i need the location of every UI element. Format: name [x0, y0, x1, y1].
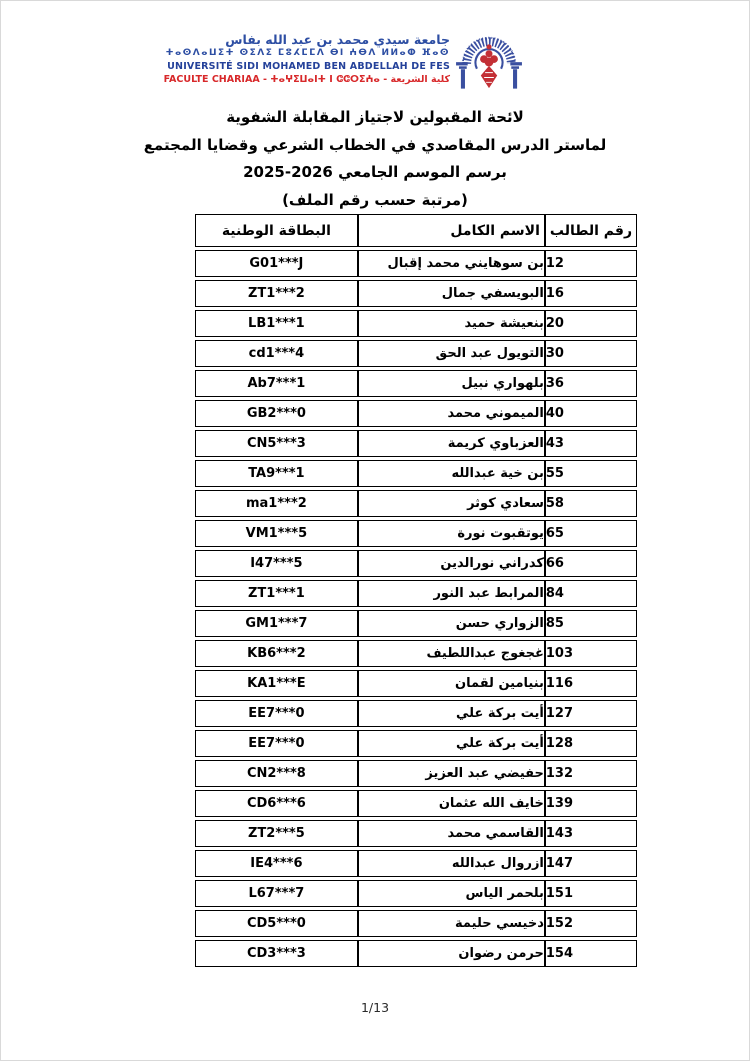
student-number-cell: 127 — [545, 700, 637, 727]
national-id-cell: IE4***6 — [195, 850, 358, 877]
table-row: 85 الزواري حسن GM1***7 — [195, 610, 637, 637]
full-name-cell: بن سوهايني محمد إقبال — [358, 250, 545, 277]
student-number-cell: 143 — [545, 820, 637, 847]
table-row: 36 بلهواري نبيل Ab7***1 — [195, 370, 637, 397]
national-id-cell: ma1***2 — [195, 490, 358, 517]
full-name-cell: سعادي كوثر — [358, 490, 545, 517]
national-id-cell: CN2***8 — [195, 760, 358, 787]
candidates-table: رقم الطالب الاسم الكامل البطاقة الوطنية … — [195, 211, 637, 970]
national-id-cell: L67***7 — [195, 880, 358, 907]
national-id-cell: CD6***6 — [195, 790, 358, 817]
title-line-season: برسم الموسم الجامعي 2026-2025 — [1, 159, 749, 187]
full-name-cell: الزواري حسن — [358, 610, 545, 637]
full-name-cell: القاسمي محمد — [358, 820, 545, 847]
full-name-cell: البويسفي جمال — [358, 280, 545, 307]
full-name-cell: حفيضي عبد العزيز — [358, 760, 545, 787]
full-name-cell: العزباوي كريمة — [358, 430, 545, 457]
national-id-cell: VM1***5 — [195, 520, 358, 547]
title-line-master: لماستر الدرس المقاصدي في الخطاب الشرعي و… — [1, 132, 749, 160]
letterhead-text: جامعة سيدي محمد بن عبد الله بفاس ⵜⴰⵙⴷⴰⵡⵉ… — [164, 30, 450, 87]
letterhead: جامعة سيدي محمد بن عبد الله بفاس ⵜⴰⵙⴷⴰⵡⵉ… — [164, 30, 523, 92]
candidates-table-container: رقم الطالب الاسم الكامل البطاقة الوطنية … — [195, 211, 637, 970]
full-name-cell: كدراني نورالدين — [358, 550, 545, 577]
student-number-cell: 20 — [545, 310, 637, 337]
col-header-national-id: البطاقة الوطنية — [195, 214, 358, 247]
student-number-cell: 128 — [545, 730, 637, 757]
national-id-cell: GB2***0 — [195, 400, 358, 427]
table-row: 143 القاسمي محمد ZT2***5 — [195, 820, 637, 847]
table-row: 16 البويسفي جمال ZT1***2 — [195, 280, 637, 307]
table-row: 58 سعادي كوثر ma1***2 — [195, 490, 637, 517]
student-number-cell: 55 — [545, 460, 637, 487]
national-id-cell: LB1***1 — [195, 310, 358, 337]
national-id-cell: cd1***4 — [195, 340, 358, 367]
national-id-cell: KB6***2 — [195, 640, 358, 667]
table-row: 43 العزباوي كريمة CN5***3 — [195, 430, 637, 457]
student-number-cell: 116 — [545, 670, 637, 697]
full-name-cell: التويول عبد الحق — [358, 340, 545, 367]
national-id-cell: TA9***1 — [195, 460, 358, 487]
student-number-cell: 84 — [545, 580, 637, 607]
national-id-cell: EE7***0 — [195, 730, 358, 757]
table-row: 84 المرابط عبد النور ZT1***1 — [195, 580, 637, 607]
student-number-cell: 36 — [545, 370, 637, 397]
student-number-cell: 154 — [545, 940, 637, 967]
table-row: 154 حرمن رضوان CD3***3 — [195, 940, 637, 967]
table-row: 116 بنيامين لقمان KA1***E — [195, 670, 637, 697]
national-id-cell: Ab7***1 — [195, 370, 358, 397]
table-row: 139 خايف الله عثمان CD6***6 — [195, 790, 637, 817]
national-id-cell: ZT2***5 — [195, 820, 358, 847]
university-name-tifinagh: ⵜⴰⵙⴷⴰⵡⵉⵜ ⵙⵉⴷⵉ ⵎⵓⵃⵎⵎⴷ ⴱⵏ ⵄⴱⴷ ⵍⵍⴰⵀ ⴼⴰⵙ — [164, 47, 450, 60]
document-page: { "header": { "university_ar": "جامعة سي… — [0, 0, 750, 1061]
table-row: 30 التويول عبد الحق cd1***4 — [195, 340, 637, 367]
full-name-cell: بن خية عبدالله — [358, 460, 545, 487]
full-name-cell: أيت بركة علي — [358, 700, 545, 727]
student-number-cell: 43 — [545, 430, 637, 457]
document-title-block: لائحة المقبولين لاجتياز المقابلة الشفوية… — [1, 104, 749, 214]
student-number-cell: 65 — [545, 520, 637, 547]
table-row: 152 دخيسي حليمة CD5***0 — [195, 910, 637, 937]
national-id-cell: CD5***0 — [195, 910, 358, 937]
national-id-cell: G01***J — [195, 250, 358, 277]
table-row: 103 غجغوج عبداللطيف KB6***2 — [195, 640, 637, 667]
student-number-cell: 139 — [545, 790, 637, 817]
full-name-cell: ازروال عبدالله — [358, 850, 545, 877]
student-number-cell: 12 — [545, 250, 637, 277]
page-number: 1/13 — [1, 1000, 749, 1015]
student-number-cell: 151 — [545, 880, 637, 907]
national-id-cell: GM1***7 — [195, 610, 358, 637]
national-id-cell: CD3***3 — [195, 940, 358, 967]
title-line-list: لائحة المقبولين لاجتياز المقابلة الشفوية — [1, 104, 749, 132]
full-name-cell: الميموني محمد — [358, 400, 545, 427]
full-name-cell: بنيامين لقمان — [358, 670, 545, 697]
full-name-cell: بلهواري نبيل — [358, 370, 545, 397]
student-number-cell: 85 — [545, 610, 637, 637]
university-logo-icon — [455, 30, 523, 92]
student-number-cell: 147 — [545, 850, 637, 877]
full-name-cell: غجغوج عبداللطيف — [358, 640, 545, 667]
table-row: 66 كدراني نورالدين I47***5 — [195, 550, 637, 577]
national-id-cell: ZT1***2 — [195, 280, 358, 307]
full-name-cell: بنعيشة حميد — [358, 310, 545, 337]
national-id-cell: KA1***E — [195, 670, 358, 697]
national-id-cell: I47***5 — [195, 550, 358, 577]
student-number-cell: 66 — [545, 550, 637, 577]
student-number-cell: 103 — [545, 640, 637, 667]
student-number-cell: 16 — [545, 280, 637, 307]
full-name-cell: بلحمر الياس — [358, 880, 545, 907]
table-row: 12 بن سوهايني محمد إقبال G01***J — [195, 250, 637, 277]
student-number-cell: 152 — [545, 910, 637, 937]
national-id-cell: CN5***3 — [195, 430, 358, 457]
student-number-cell: 30 — [545, 340, 637, 367]
full-name-cell: دخيسي حليمة — [358, 910, 545, 937]
full-name-cell: المرابط عبد النور — [358, 580, 545, 607]
full-name-cell: أيت بركة علي — [358, 730, 545, 757]
table-row: 65 يوتقبوت نورة VM1***5 — [195, 520, 637, 547]
national-id-cell: EE7***0 — [195, 700, 358, 727]
col-header-full-name: الاسم الكامل — [358, 214, 545, 247]
table-row: 132 حفيضي عبد العزيز CN2***8 — [195, 760, 637, 787]
table-row: 20 بنعيشة حميد LB1***1 — [195, 310, 637, 337]
full-name-cell: حرمن رضوان — [358, 940, 545, 967]
title-line-sort-note: (مرتبة حسب رقم الملف) — [1, 187, 749, 215]
table-row: 147 ازروال عبدالله IE4***6 — [195, 850, 637, 877]
table-header-row: رقم الطالب الاسم الكامل البطاقة الوطنية — [195, 214, 637, 247]
table-row: 151 بلحمر الياس L67***7 — [195, 880, 637, 907]
student-number-cell: 58 — [545, 490, 637, 517]
full-name-cell: يوتقبوت نورة — [358, 520, 545, 547]
table-row: 127 أيت بركة علي EE7***0 — [195, 700, 637, 727]
student-number-cell: 40 — [545, 400, 637, 427]
national-id-cell: ZT1***1 — [195, 580, 358, 607]
university-name-arabic: جامعة سيدي محمد بن عبد الله بفاس — [164, 32, 450, 47]
table-row: 55 بن خية عبدالله TA9***1 — [195, 460, 637, 487]
student-number-cell: 132 — [545, 760, 637, 787]
table-row: 40 الميموني محمد GB2***0 — [195, 400, 637, 427]
faculty-name-line: FACULTE CHARIAA - ⵜⴰⵖⵉⵡⴰⵏⵜ ⵏ ⵛⵛⵔⵉⵄⴰ - كل… — [164, 73, 450, 87]
university-name-french: UNIVERSITÉ SIDI MOHAMED BEN ABDELLAH DE … — [164, 60, 450, 73]
col-header-student-number: رقم الطالب — [545, 214, 637, 247]
full-name-cell: خايف الله عثمان — [358, 790, 545, 817]
table-row: 128 أيت بركة علي EE7***0 — [195, 730, 637, 757]
